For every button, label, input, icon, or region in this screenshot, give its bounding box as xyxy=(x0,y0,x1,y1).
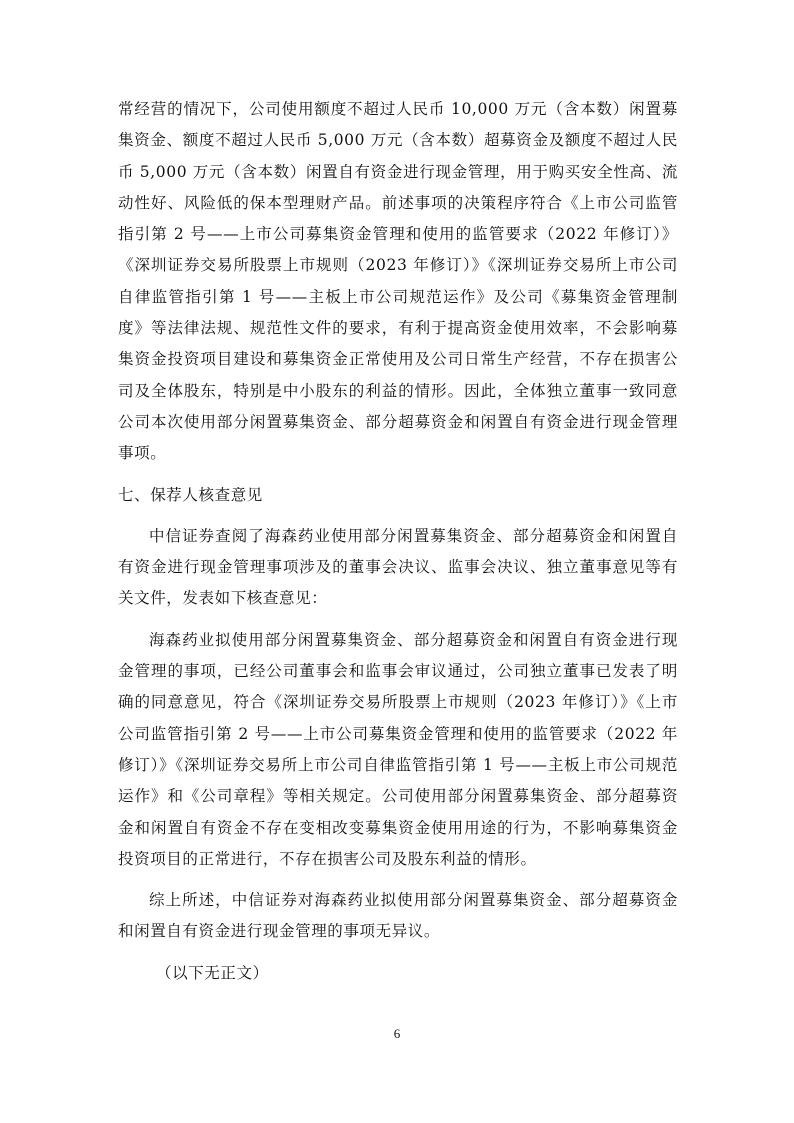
document-page: 常经营的情况下，公司使用额度不超过人民币 10,000 万元（含本数）闲置募集资… xyxy=(118,94,678,989)
paragraph-review-scope: 中信证券查阅了海森药业使用部分闲置募集资金、部分超募资金和闲置自有资金进行现金管… xyxy=(118,521,678,615)
paragraph-review-findings: 海森药业拟使用部分闲置募集资金、部分超募资金和闲置自有资金进行现金管理的事项，已… xyxy=(118,625,678,875)
section-heading-sponsor-opinion: 七、保荐人核查意见 xyxy=(118,480,678,511)
end-of-text-note: （以下无正文） xyxy=(118,958,678,989)
paragraph-independent-director-opinion: 常经营的情况下，公司使用额度不超过人民币 10,000 万元（含本数）闲置募集资… xyxy=(118,94,678,470)
paragraph-conclusion: 综上所述，中信证券对海森药业拟使用部分闲置募集资金、部分超募资金和闲置自有资金进… xyxy=(118,885,678,948)
page-number: 6 xyxy=(0,1026,794,1042)
